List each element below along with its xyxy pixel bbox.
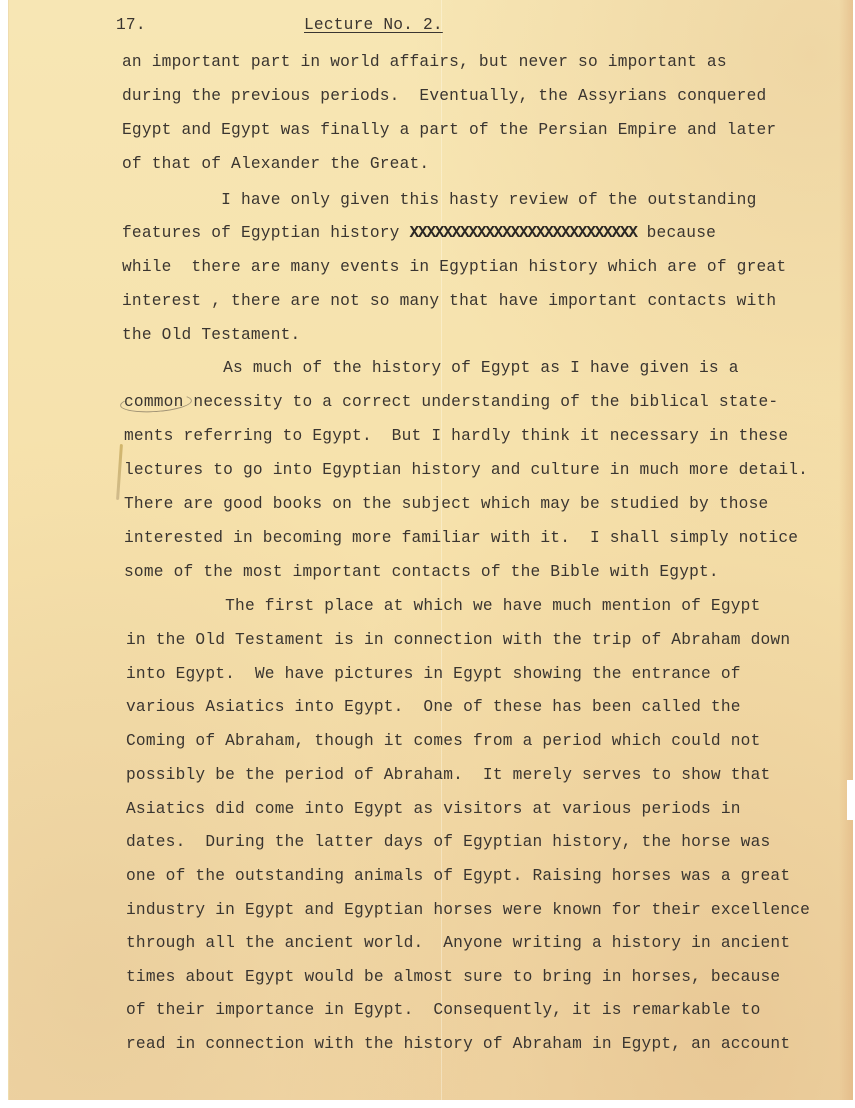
struck-out-text: XXXXXXXXXXXXXXXXXXXXXXXXXXX: [410, 224, 637, 242]
text-line: some of the most important contacts of t…: [124, 562, 719, 582]
text-line: through all the ancient world. Anyone wr…: [126, 933, 790, 953]
page-title: Lecture No. 2.: [304, 15, 443, 35]
text-line-with-strikeout: features of Egyptian history XXXXXXXXXXX…: [122, 223, 716, 243]
text-line: while there are many events in Egyptian …: [122, 257, 786, 277]
text-line: of their importance in Egypt. Consequent…: [126, 1000, 761, 1020]
text-line: read in connection with the history of A…: [126, 1034, 790, 1054]
text-line: interest , there are not so many that ha…: [122, 291, 776, 311]
text-line: I have only given this hasty review of t…: [122, 190, 757, 210]
page-number: 17.: [116, 15, 146, 35]
text-line: Coming of Abraham, though it comes from …: [126, 731, 761, 751]
text-line: There are good books on the subject whic…: [124, 494, 768, 514]
text-line: one of the outstanding animals of Egypt.…: [126, 866, 790, 886]
text-line: during the previous periods. Eventually,…: [122, 86, 766, 106]
text-line: various Asiatics into Egypt. One of thes…: [126, 697, 741, 717]
text-line: in the Old Testament is in connection wi…: [126, 630, 790, 650]
text-line: times about Egypt would be almost sure t…: [126, 967, 780, 987]
text-line: an important part in world affairs, but …: [122, 52, 727, 72]
text-line: lectures to go into Egyptian history and…: [124, 460, 808, 480]
text-line: Egypt and Egypt was finally a part of th…: [122, 120, 776, 140]
text-line: common necessity to a correct understand…: [124, 392, 778, 412]
text-line: ments referring to Egypt. But I hardly t…: [124, 426, 788, 446]
text-line: into Egypt. We have pictures in Egypt sh…: [126, 664, 741, 684]
text-line: the Old Testament.: [122, 325, 300, 345]
text-line: dates. During the latter days of Egyptia…: [126, 832, 770, 852]
text-line: possibly be the period of Abraham. It me…: [126, 765, 770, 785]
paper-edge-shadow: [839, 0, 853, 1100]
text-segment: because: [637, 224, 716, 242]
text-line: of that of Alexander the Great.: [122, 154, 429, 174]
text-line: Asiatics did come into Egypt as visitors…: [126, 799, 741, 819]
text-line: The first place at which we have much me…: [126, 596, 761, 616]
text-line: interested in becoming more familiar wit…: [124, 528, 798, 548]
text-line: industry in Egypt and Egyptian horses we…: [126, 900, 810, 920]
text-line: As much of the history of Egypt as I hav…: [124, 358, 739, 378]
text-segment: features of Egyptian history: [122, 224, 410, 242]
paper-tear: [847, 780, 853, 820]
